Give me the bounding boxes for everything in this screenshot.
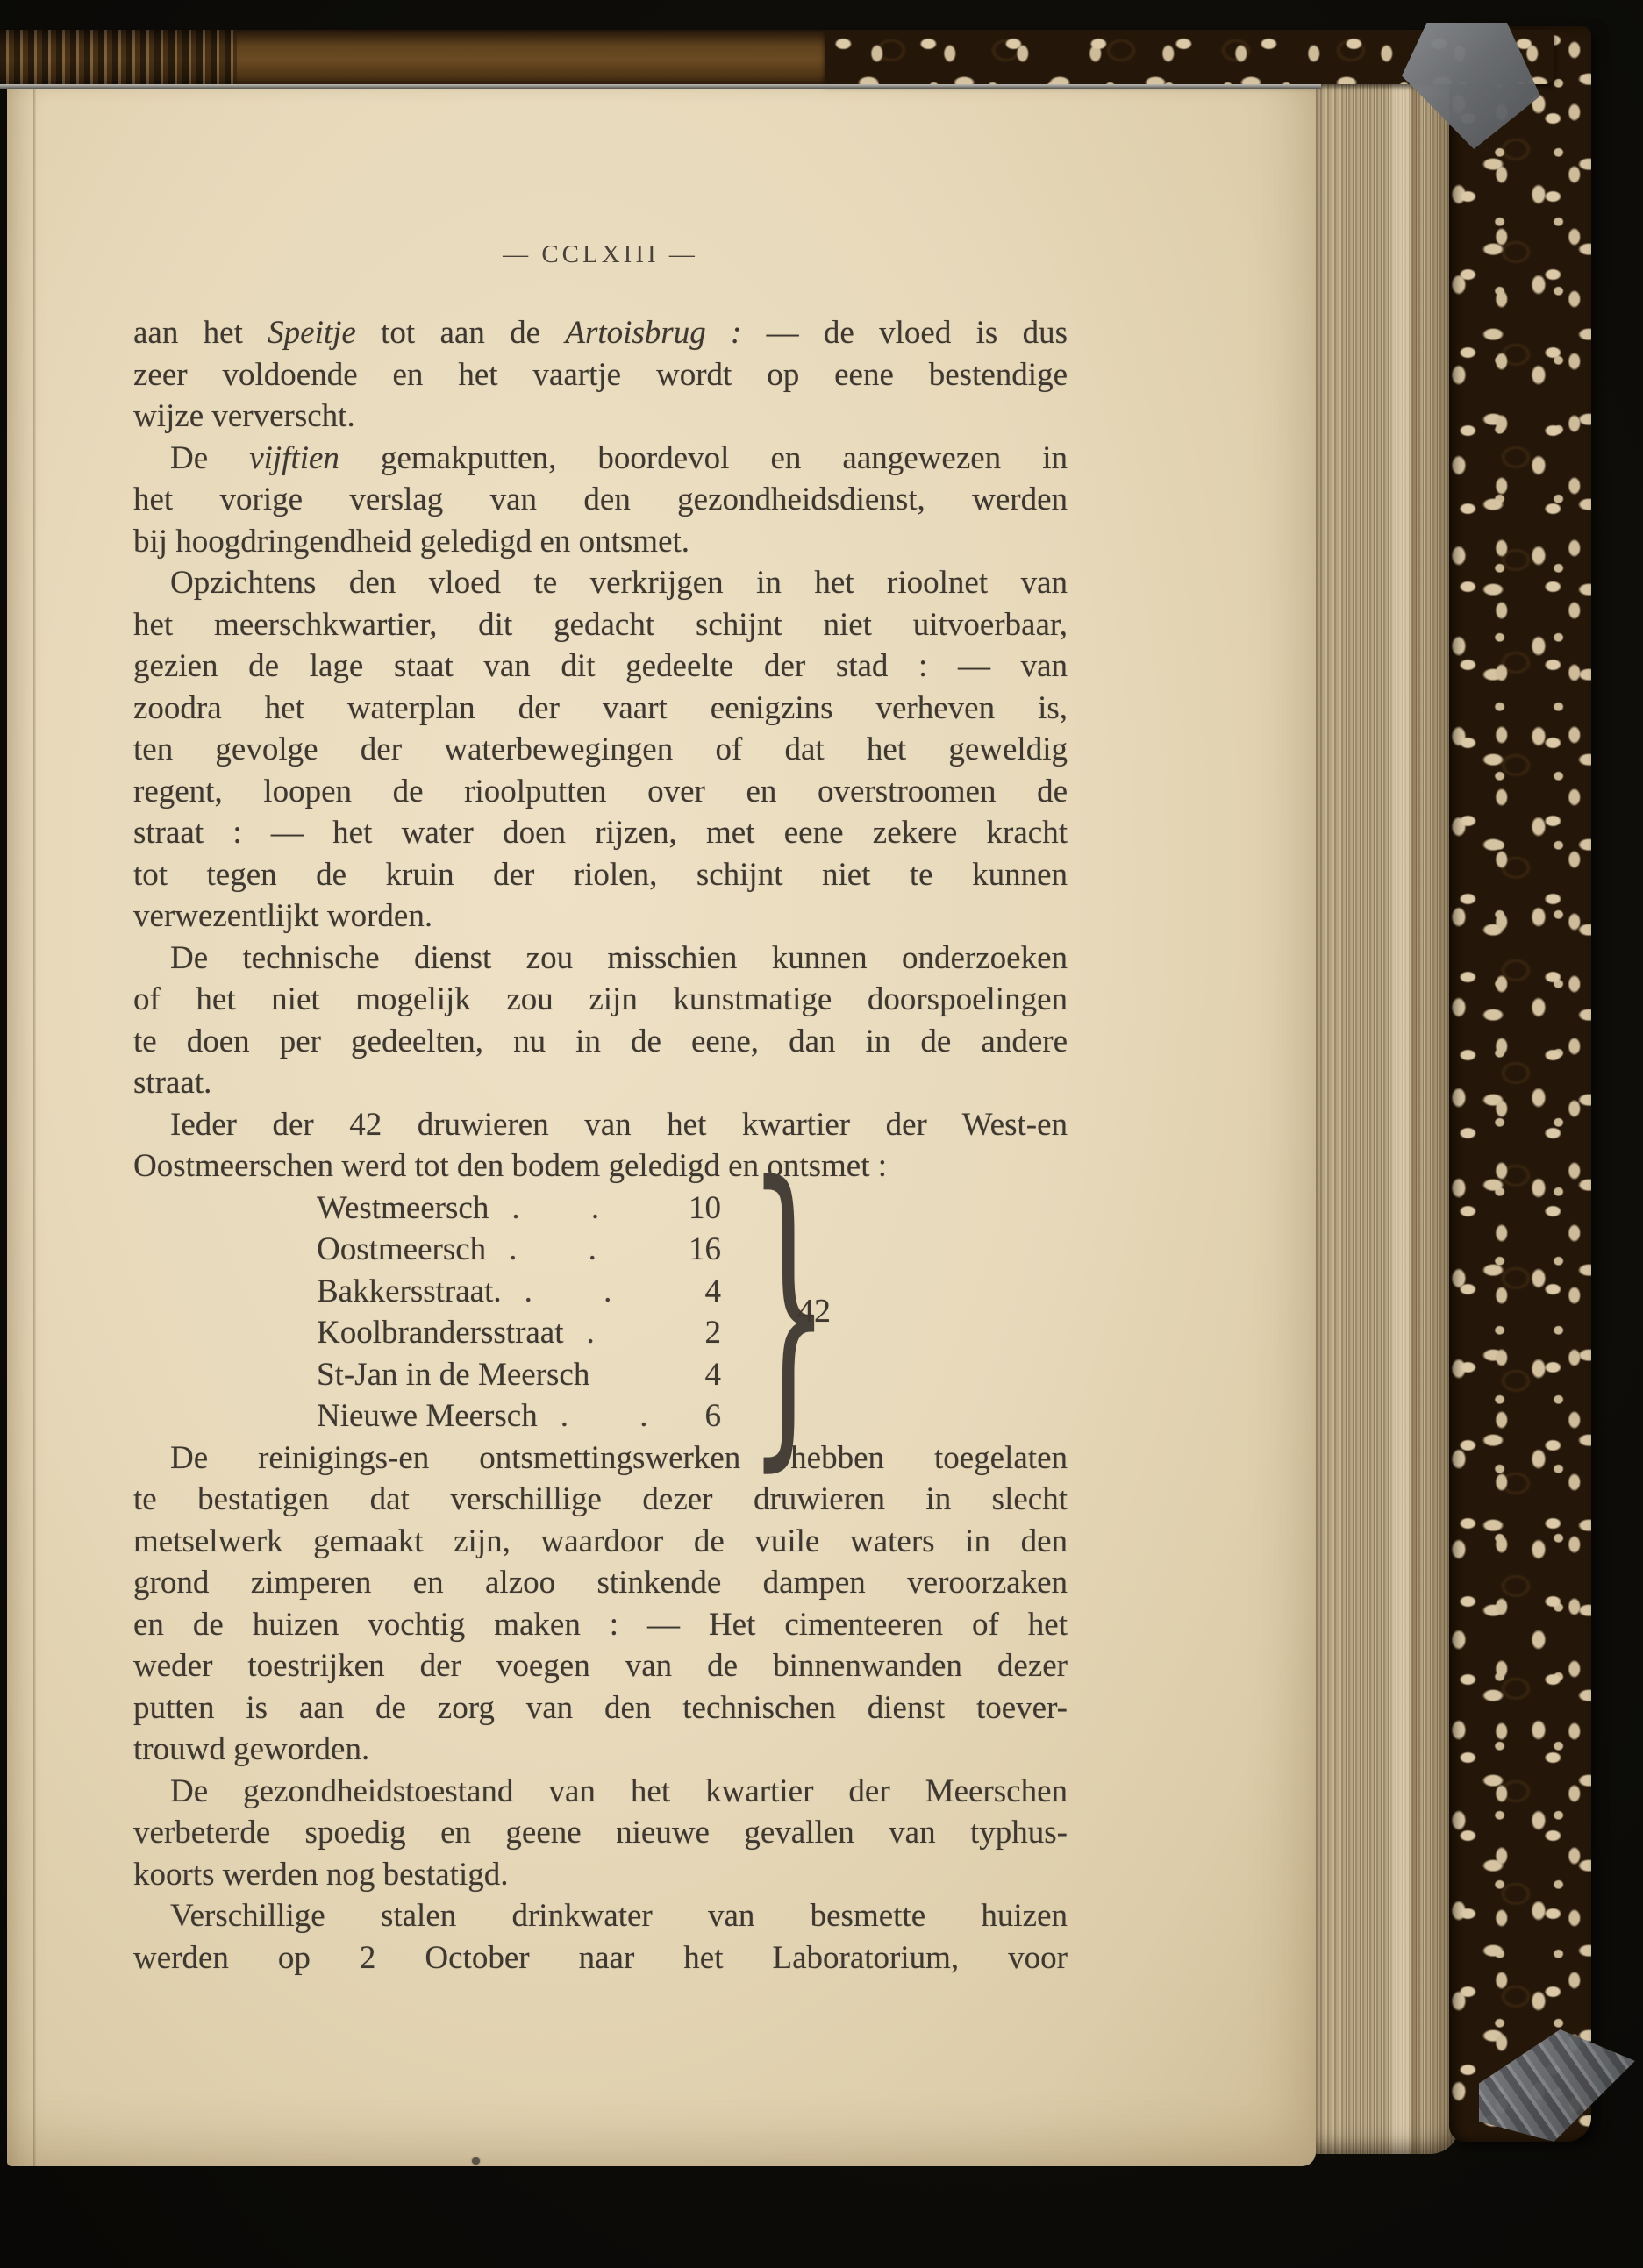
text-line: Verschillige stalen drinkwater van besme… <box>133 1895 1068 1937</box>
text-line: zeer voldoende en het vaartje wordt op e… <box>133 354 1068 396</box>
text-line: ten gevolge der waterbewegingen of dat h… <box>133 729 1068 771</box>
leader-dots: . <box>564 1312 658 1354</box>
text-line: verbeterde spoedig en geene nieuwe geval… <box>133 1812 1068 1854</box>
text-line: De vijftien gemakputten, boordevol en aa… <box>133 438 1068 480</box>
text-line: regent, loopen de rioolputten over en ov… <box>133 771 1068 813</box>
row-label: Oostmeersch <box>317 1229 486 1271</box>
row-label: Koolbrandersstraat <box>317 1312 564 1354</box>
table-row: Koolbrandersstraat.2 <box>133 1312 721 1354</box>
row-label: Westmeersch <box>317 1187 489 1230</box>
text-line: Ieder der 42 druwieren van het kwartier … <box>133 1104 1068 1146</box>
text-line: werden op 2 October naar het Laboratoriu… <box>133 1937 1068 1979</box>
text-line: straat : — het water doen rijzen, met ee… <box>133 812 1068 854</box>
leader-dots: . . . <box>486 1229 658 1271</box>
paragraph: De vijftien gemakputten, boordevol en aa… <box>133 438 1068 563</box>
row-label: Bakkersstraat. <box>317 1271 502 1313</box>
row-value: 4 <box>658 1354 721 1396</box>
paragraph: De technische dienst zou misschien kunne… <box>133 938 1068 1104</box>
table-row: Oostmeersch. . .16 <box>133 1229 721 1271</box>
paragraph: aan het Speitje tot aan de Artoisbrug : … <box>133 312 1068 438</box>
text-line: straat. <box>133 1062 1068 1104</box>
paragraph: De reinigings-en ontsmettingswerken hebb… <box>133 1437 1068 1771</box>
text-line: het vorige verslag van den gezondheidsdi… <box>133 479 1068 521</box>
text-line: grond zimperen en alzoo stinkende dampen… <box>133 1562 1068 1604</box>
text-line: verwezentlijkt worden. <box>133 895 1068 938</box>
text-line: putten is aan de zorg van den technische… <box>133 1687 1068 1730</box>
table-row: Bakkersstraat.. .4 <box>133 1271 721 1313</box>
table-row: Nieuwe Meersch. .6 <box>133 1395 721 1437</box>
photo-background: — CCLXIII — aan het Speitje tot aan de A… <box>0 0 1643 2268</box>
paragraph: De gezondheidstoestand van het kwartier … <box>133 1771 1068 1896</box>
text-line: of het niet mogelijk zou zijn kunstmatig… <box>133 979 1068 1021</box>
row-label: St-Jan in de Meersch <box>317 1354 589 1396</box>
table-row: Westmeersch. . .10 <box>133 1187 721 1230</box>
disinfection-tally-table: Westmeersch. . .10Oostmeersch. . .16Bakk… <box>133 1187 1068 1437</box>
text-line: aan het Speitje tot aan de Artoisbrug : … <box>133 312 1068 354</box>
brace-icon: } <box>747 1184 768 1438</box>
paper-speck <box>472 2157 480 2165</box>
row-value: 6 <box>658 1395 721 1437</box>
row-label: Nieuwe Meersch <box>317 1395 538 1437</box>
marbled-cover-strip <box>1449 26 1591 2142</box>
leader-dots: . . <box>502 1271 658 1313</box>
text-flow: aan het Speitje tot aan de Artoisbrug : … <box>133 312 1068 1979</box>
text-line: en de huizen vochtig maken : — Het cimen… <box>133 1604 1068 1646</box>
text-line: De gezondheidstoestand van het kwartier … <box>133 1771 1068 1813</box>
text-line: De technische dienst zou misschien kunne… <box>133 938 1068 980</box>
text-line: Opzichtens den vloed te verkrijgen in he… <box>133 562 1068 604</box>
text-line: tot tegen de kruin der riolen, schijnt n… <box>133 854 1068 896</box>
page-block-fore-edge <box>1309 68 1460 2154</box>
text-line: het meerschkwartier, dit gedacht schijnt… <box>133 604 1068 646</box>
text-line: te doen per gedeelten, nu in de eene, da… <box>133 1021 1068 1063</box>
table-row: St-Jan in de Meersch4 <box>133 1354 721 1396</box>
text-line: bij hoogdringendheid geledigd en ontsmet… <box>133 521 1068 563</box>
paragraph: Opzichtens den vloed te verkrijgen in he… <box>133 562 1068 938</box>
row-value: 2 <box>658 1312 721 1354</box>
book-top-board <box>0 30 1554 84</box>
paragraph: Verschillige stalen drinkwater van besme… <box>133 1895 1068 1979</box>
text-line: koorts werden nog bestatigd. <box>133 1854 1068 1896</box>
table-total: 42 <box>797 1291 831 1333</box>
leader-dots: . . . <box>489 1187 658 1230</box>
page-number-header: — CCLXIII — <box>133 240 1068 269</box>
row-value: 16 <box>658 1229 721 1271</box>
paragraph: Ieder der 42 druwieren van het kwartier … <box>133 1104 1068 1187</box>
text-line: wijze ververscht. <box>133 396 1068 438</box>
text-line: Oostmeerschen werd tot den bodem geledig… <box>133 1145 1068 1187</box>
leader-dots: . . <box>538 1395 658 1437</box>
row-value: 4 <box>658 1271 721 1313</box>
text-line: te bestatigen dat verschillige dezer dru… <box>133 1479 1068 1521</box>
leather-spine-edge <box>0 30 825 84</box>
text-line: gezien de lage staat van dit gedeelte de… <box>133 645 1068 688</box>
text-line: trouwd geworden. <box>133 1729 1068 1771</box>
row-value: 10 <box>658 1187 721 1230</box>
text-line: weder toestrijken der voegen van de binn… <box>133 1645 1068 1687</box>
text-line: zoodra het waterplan der vaart eenigzins… <box>133 688 1068 730</box>
text-line: metselwerk gemaakt zijn, waardoor de vui… <box>133 1521 1068 1563</box>
text-line: De reinigings-en ontsmettingswerken hebb… <box>133 1437 1068 1480</box>
page-top-edge-line <box>0 84 1321 89</box>
